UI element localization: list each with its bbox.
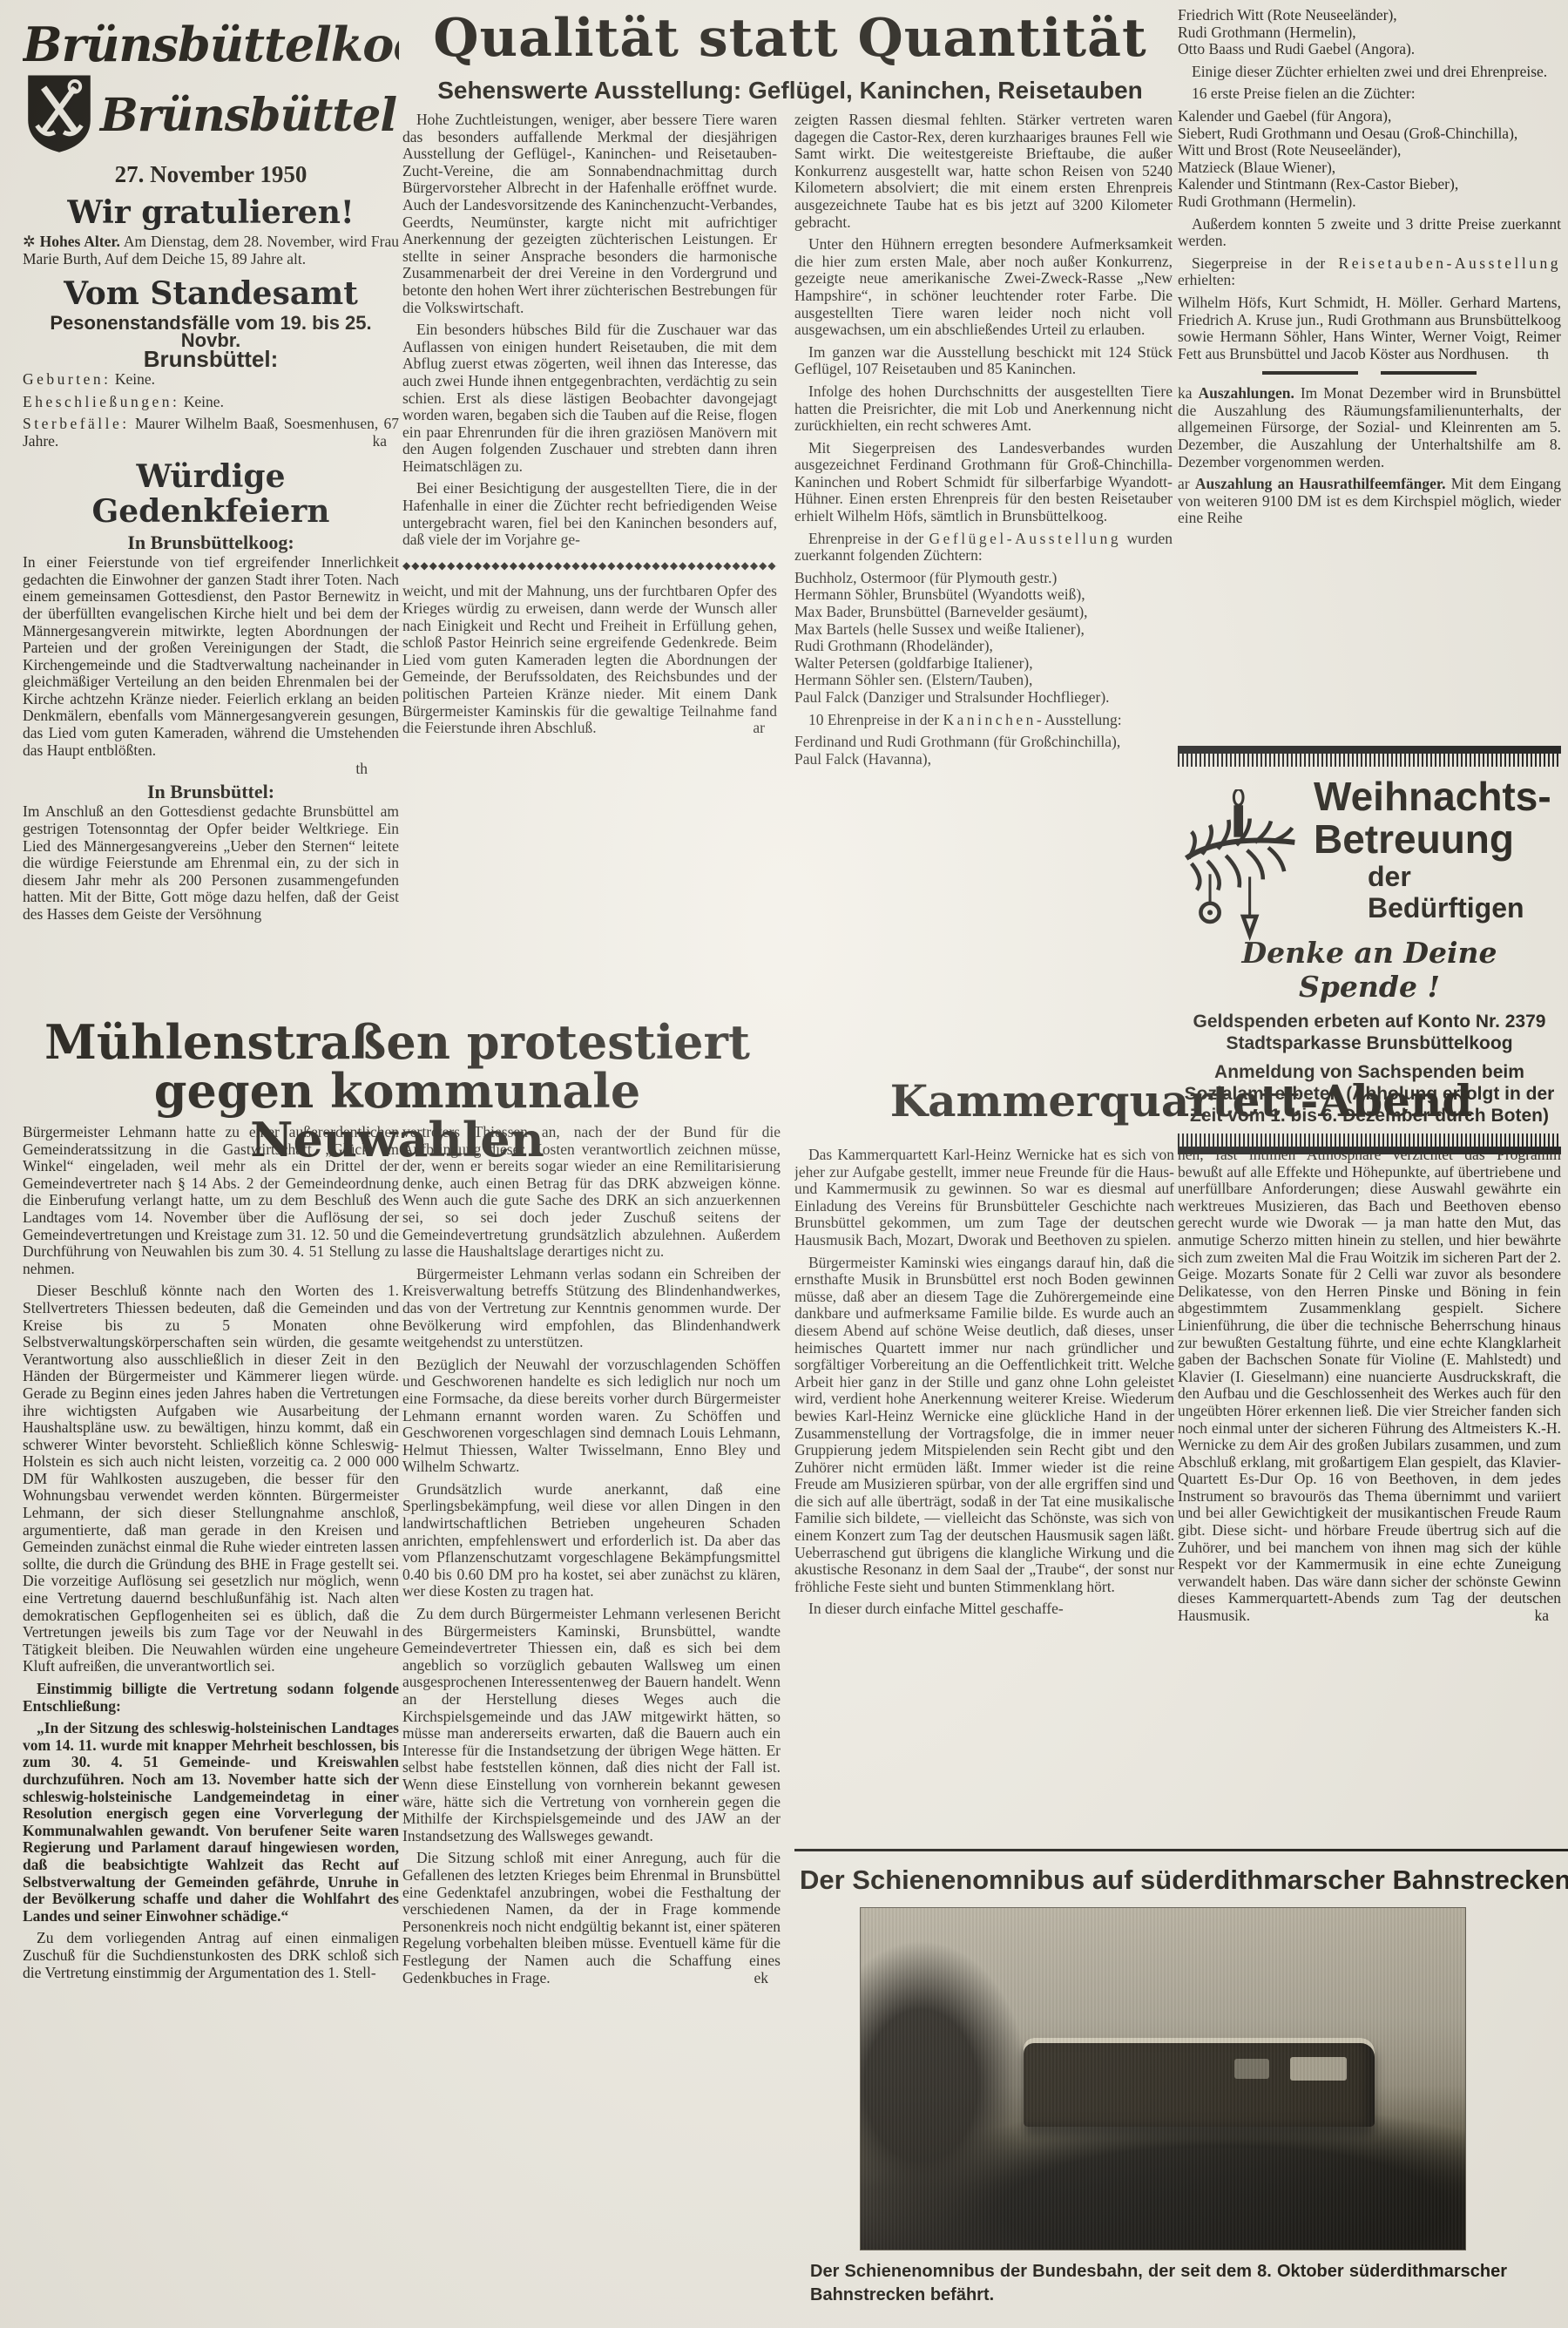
council-paragraph: Die Sitzung schloß mit einer Anregung, a…: [402, 1850, 781, 1986]
pigeon-awards-intro: Siegerpreise in der Reisetauben-Ausstell…: [1178, 255, 1561, 289]
concert-headline: Kammerquartett-Abend: [794, 1079, 1568, 1124]
registry-subhead: Pesonenstandsfälle vom 19. bis 25. Novbr…: [23, 315, 399, 349]
registry-headline: Vom Standesamt: [23, 276, 399, 311]
pigeon-winner-paragraph: Wilhelm Höfs, Kurt Schmidt, H. Möller. G…: [1178, 294, 1561, 362]
registry-births: Geburten: Keine.: [23, 371, 399, 389]
congrats-lead: Hohes Alter.: [40, 233, 120, 250]
deaths-label: Sterbefälle:: [23, 415, 130, 432]
memorial-continuation-text: weicht, und mit der Mahnung, uns der fur…: [402, 582, 777, 736]
masthead: Brünsbüttelkoog Brünsbüttel 27. Nove: [23, 9, 399, 183]
exhibition-paragraph: Mit Siegerpreisen des Landesverbandes wu…: [794, 440, 1173, 525]
concert-column-1: Das Kammerquartett Karl-Heinz Wernicke h…: [794, 1147, 1174, 1863]
exhibition-paragraph: Außerdem konnten 5 zweite und 3 dritte P…: [1178, 216, 1561, 250]
newspaper-page: Brünsbüttelkoog Brünsbüttel 27. Nove: [0, 0, 1568, 2328]
memorial-paragraph-2: Im Anschluß an den Gottesdienst gedachte…: [23, 803, 399, 923]
marriages-label: Eheschließungen:: [23, 393, 179, 410]
memorial-subhead-buettel: In Brunsbüttel:: [23, 783, 399, 801]
right-column-top: Friedrich Witt (Rote Neuseeländer), Rudi…: [1178, 7, 1561, 746]
council-paragraph: Zu dem vorliegenden Antrag auf einen ein…: [23, 1930, 399, 1981]
rabbit-awards-intro: 10 Ehrenpreise in der Kaninchen-Ausstell…: [794, 712, 1173, 729]
ad-title-line-3: der Bedürftigen: [1368, 861, 1556, 924]
pigeon-intro-spaced: Reisetauben-Ausstellung: [1339, 254, 1561, 272]
registry-deaths: Sterbefälle: Maurer Wilhelm Baaß, Soesme…: [23, 416, 399, 450]
rabbit-intro-spaced: Kaninchen-: [943, 711, 1045, 728]
concert-paragraph: Bürgermeister Kaminski wies eingangs dar…: [794, 1255, 1174, 1596]
exhibition-paragraph: zeigten Rassen diesmal fehlten. Stärker …: [794, 112, 1173, 231]
diamond-divider: ◆◆◆◆◆◆◆◆◆◆◆◆◆◆◆◆◆◆◆◆◆◆◆◆◆◆◆◆◆◆◆◆◆◆◆◆◆◆◆◆…: [402, 558, 777, 575]
council-column-2: vertreters Thiessen an, nach der der Bun…: [402, 1124, 781, 2323]
awards-intro-pre: Ehrenpreise in der: [808, 530, 929, 547]
author-initials: th: [1537, 346, 1561, 363]
notice-initials: ka: [1178, 384, 1193, 402]
ad-title-line-1: Weihnachts-: [1314, 775, 1556, 817]
ad-title-line-2: Betreuung: [1314, 817, 1556, 861]
congrats-headline: Wir gratulieren!: [23, 195, 399, 230]
notice-lead: Auszahlung an Hausrathilfeemfänger.: [1195, 475, 1446, 492]
council-paragraph: Bürgermeister Lehmann hatte zu einer auß…: [23, 1124, 399, 1277]
pigeon-winner-text: Wilhelm Höfs, Kurt Schmidt, H. Möller. G…: [1178, 294, 1561, 362]
concert-paragraph: Das Kammerquartett Karl-Heinz Wernicke h…: [794, 1147, 1174, 1249]
congrats-paragraph: ✲ Hohes Alter. Am Dienstag, dem 28. Nove…: [23, 233, 399, 267]
author-initials: ka: [1534, 1607, 1561, 1625]
rabbit-intro-pre: 10 Ehrenpreise in der: [808, 711, 943, 728]
first-prize-list: Kalender und Gaebel (für Angora), Sieber…: [1178, 108, 1561, 211]
author-initials: ka: [372, 433, 399, 450]
memorial-paragraph-1: In einer Feierstunde von tief ergreifend…: [23, 554, 399, 759]
council-resolution-intro: Einstimmig billigte die Vertretung sodan…: [23, 1681, 399, 1715]
railbus-caption: Der Schienenomnibus der Bundesbahn, der …: [810, 2260, 1507, 2307]
pigeon-intro-post: erhielten:: [1178, 271, 1235, 288]
payout-notice-1: ka Auszahlungen. Im Monat Dezember wird …: [1178, 385, 1561, 470]
concert-paragraph: In dieser durch einfache Mittel geschaff…: [794, 1600, 1174, 1618]
exhibition-paragraph: Ein besonders hübsches Bild für die Zusc…: [402, 321, 777, 475]
concert-paragraph: nen, fast intimen Atmosphäre verzichtet …: [1178, 1147, 1561, 1625]
crest-shield-icon: [25, 73, 93, 158]
exhibition-paragraph: Hohe Zuchtleistungen, weniger, aber bess…: [402, 112, 777, 316]
railbus-headline: Der Schienenomnibus auf süderdithmarsche…: [800, 1864, 1568, 1896]
exhibition-paragraph: Unter den Hühnern erregten besondere Auf…: [794, 236, 1173, 339]
memorial-continuation: weicht, und mit der Mahnung, uns der fur…: [402, 583, 777, 736]
births-value: Keine.: [115, 370, 155, 388]
council-resolution-text: „In der Sitzung des schleswig-holsteinis…: [23, 1720, 399, 1925]
concert-closing-text: nen, fast intimen Atmosphäre verzichtet …: [1178, 1147, 1561, 1624]
exhibition-subhead: Sehenswerte Ausstellung: Geflügel, Kanin…: [402, 77, 1178, 105]
author-initials: ar: [753, 720, 777, 737]
left-column: Brünsbüttelkoog Brünsbüttel 27. Nove: [23, 9, 399, 1012]
masthead-row: Brünsbüttel: [23, 73, 399, 158]
author-initials: th: [23, 761, 399, 778]
births-label: Geburten:: [23, 370, 111, 388]
exhibition-paragraph: Einige dieser Züchter erhielten zwei und…: [1178, 64, 1561, 81]
author-initials: ek: [740, 1970, 781, 1987]
payout-notice-2: ar Auszahlung an Hausrathilfeemfänger. M…: [1178, 476, 1561, 527]
council-paragraph: vertreters Thiessen an, nach der der Bun…: [402, 1124, 781, 1261]
ad-border-top: [1178, 746, 1561, 767]
pigeon-intro-pre: Siegerpreise in der: [1192, 254, 1339, 272]
poultry-awards-intro: Ehrenpreise in der Geflügel-Ausstellung …: [794, 531, 1173, 565]
first-prize-intro: 16 erste Preise fielen an die Züchter:: [1178, 85, 1561, 103]
council-paragraph: Grundsätzlich wurde anerkannt, daß eine …: [402, 1481, 781, 1600]
railbus-photo: [861, 1908, 1465, 2250]
fir-branch-candle-icon: [1179, 789, 1301, 959]
awards-intro-spaced: Geflügel-Ausstellung: [929, 530, 1122, 547]
exhibition-column-2: zeigten Rassen diesmal fehlten. Stärker …: [794, 112, 1173, 1065]
exhibition-paragraph: Im ganzen war die Ausstellung beschickt …: [794, 344, 1173, 378]
notice-initials: ar: [1178, 475, 1190, 492]
rabbit-intro-post: Ausstellung:: [1044, 711, 1121, 728]
council-closing-text: Die Sitzung schloß mit einer Anregung, a…: [402, 1849, 781, 1986]
rabbit-winner-list: Ferdinand und Rudi Grothmann (für Großch…: [794, 734, 1173, 768]
ad-donation-line-1: Geldspenden erbeten auf Konto Nr. 2379: [1183, 1011, 1556, 1032]
issue-date: 27. November 1950: [23, 166, 399, 184]
section-rule: [794, 1849, 1568, 1851]
poultry-winner-list: Buchholz, Ostermoor (für Plymouth gestr.…: [794, 570, 1173, 707]
exhibition-paragraph: Infolge des hohen Durchschnitts der ausg…: [794, 383, 1173, 435]
council-paragraph: Dieser Beschluß könnte nach den Worten d…: [23, 1282, 399, 1675]
memorial-subhead-koog: In Brunsbüttelkoog:: [23, 534, 399, 552]
marriages-value: Keine.: [184, 393, 224, 410]
exhibition-headline: Qualität statt Quantität: [402, 10, 1178, 66]
masthead-title-1: Brünsbüttelkoog: [23, 19, 399, 70]
memorial-headline: Würdige Gedenkfeiern: [23, 459, 399, 529]
registry-marriages: Eheschließungen: Keine.: [23, 394, 399, 411]
council-paragraph: Bezüglich der Neuwahl der vorzuschlagend…: [402, 1357, 781, 1476]
council-paragraph: Zu dem durch Bürgermeister Lehmann verle…: [402, 1606, 781, 1844]
rabbit-winner-list-continued: Friedrich Witt (Rote Neuseeländer), Rudi…: [1178, 7, 1561, 58]
photo-grain: [861, 1908, 1465, 2250]
exhibition-headline-block: Qualität statt Quantität Sehenswerte Aus…: [402, 10, 1178, 105]
exhibition-paragraph: Bei einer Besichtigung der ausgestellten…: [402, 480, 777, 548]
registry-place: Brunsbüttel:: [23, 351, 399, 369]
star-icon: ✲: [23, 233, 36, 250]
council-paragraph: Bürgermeister Lehmann verlas sodann ein …: [402, 1266, 781, 1351]
notice-lead: Auszahlungen.: [1199, 384, 1294, 402]
concert-column-2: nen, fast intimen Atmosphäre verzichtet …: [1178, 1147, 1561, 1835]
masthead-title-2: Brünsbüttel: [100, 107, 396, 125]
exhibition-column-1: Hohe Zuchtleistungen, weniger, aber bess…: [402, 112, 777, 1014]
ad-donation-line-2: Stadtsparkasse Brunsbüttelkoog: [1183, 1032, 1556, 1054]
section-divider: [1178, 371, 1561, 375]
council-headline-line-1: Mühlenstraßen protestiert: [0, 1018, 794, 1066]
council-column-1: Bürgermeister Lehmann hatte zu einer auß…: [23, 1124, 399, 2323]
